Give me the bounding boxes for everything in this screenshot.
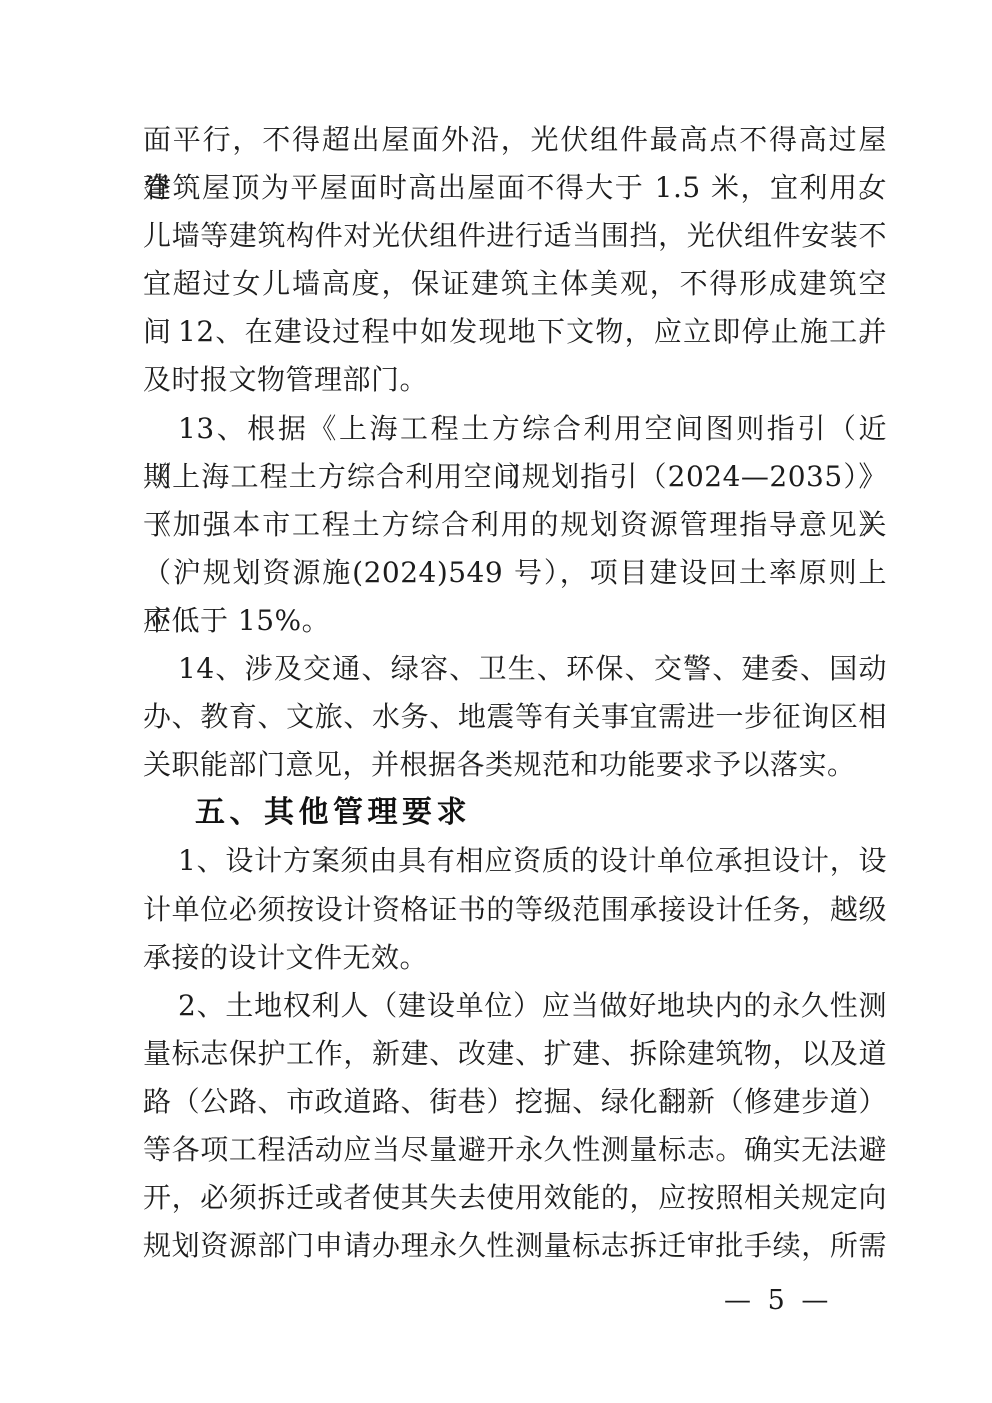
text-line: 14、涉及交通、绿容、卫生、环保、交警、建委、国动	[143, 645, 887, 693]
text-line: 于加强本市工程土方综合利用的规划资源管理指导意见》	[143, 501, 887, 549]
text-line: 及时报文物管理部门。	[143, 356, 887, 404]
text-line: 规划资源部门申请办理永久性测量标志拆迁审批手续，所需	[143, 1222, 887, 1270]
text-line: 开，必须拆迁或者使其失去使用效能的，应按照相关规定向	[143, 1174, 887, 1222]
text-line: 计单位必须按设计资格证书的等级范围承接设计任务，越级	[143, 886, 887, 934]
text-line: 13、根据《上海工程土方综合利用空间图则指引（近期）》	[143, 405, 887, 453]
text-line: 面平行，不得超出屋面外沿，光伏组件最高点不得高过屋脊。	[143, 116, 887, 164]
text-line: 儿墙等建筑构件对光伏组件进行适当围挡，光伏组件安装不	[143, 212, 887, 260]
text-line: 12、在建设过程中如发现地下文物，应立即停止施工并	[143, 308, 887, 356]
section-heading: 五、其他管理要求	[143, 789, 887, 837]
document-body: 面平行，不得超出屋面外沿，光伏组件最高点不得高过屋脊。建筑屋顶为平屋面时高出屋面…	[143, 116, 887, 1270]
text-line: 2、土地权利人（建设单位）应当做好地块内的永久性测	[143, 982, 887, 1030]
text-line: 办、教育、文旅、水务、地震等有关事宜需进一步征询区相	[143, 693, 887, 741]
text-line: 等各项工程活动应当尽量避开永久性测量标志。确实无法避	[143, 1126, 887, 1174]
text-line: 不低于 15%。	[143, 597, 887, 645]
text-line: 承接的设计文件无效。	[143, 934, 887, 982]
page-number: — 5 —	[724, 1285, 832, 1316]
text-line: 路（公路、市政道路、街巷）挖掘、绿化翻新（修建步道）	[143, 1078, 887, 1126]
text-line: 1、设计方案须由具有相应资质的设计单位承担设计，设	[143, 837, 887, 885]
text-line: 关职能部门意见，并根据各类规范和功能要求予以落实。	[143, 741, 887, 789]
text-line: 《上海工程土方综合利用空间规划指引（2024—2035）》《关	[143, 453, 887, 501]
text-line: 宜超过女儿墙高度，保证建筑主体美观，不得形成建筑空间。	[143, 260, 887, 308]
text-line: （沪规划资源施(2024)549 号），项目建设回土率原则上应	[143, 549, 887, 597]
text-line: 量标志保护工作，新建、改建、扩建、拆除建筑物，以及道	[143, 1030, 887, 1078]
text-line: 建筑屋顶为平屋面时高出屋面不得大于 1.5 米，宜利用女	[143, 164, 887, 212]
document-page: 面平行，不得超出屋面外沿，光伏组件最高点不得高过屋脊。建筑屋顶为平屋面时高出屋面…	[0, 0, 992, 1403]
